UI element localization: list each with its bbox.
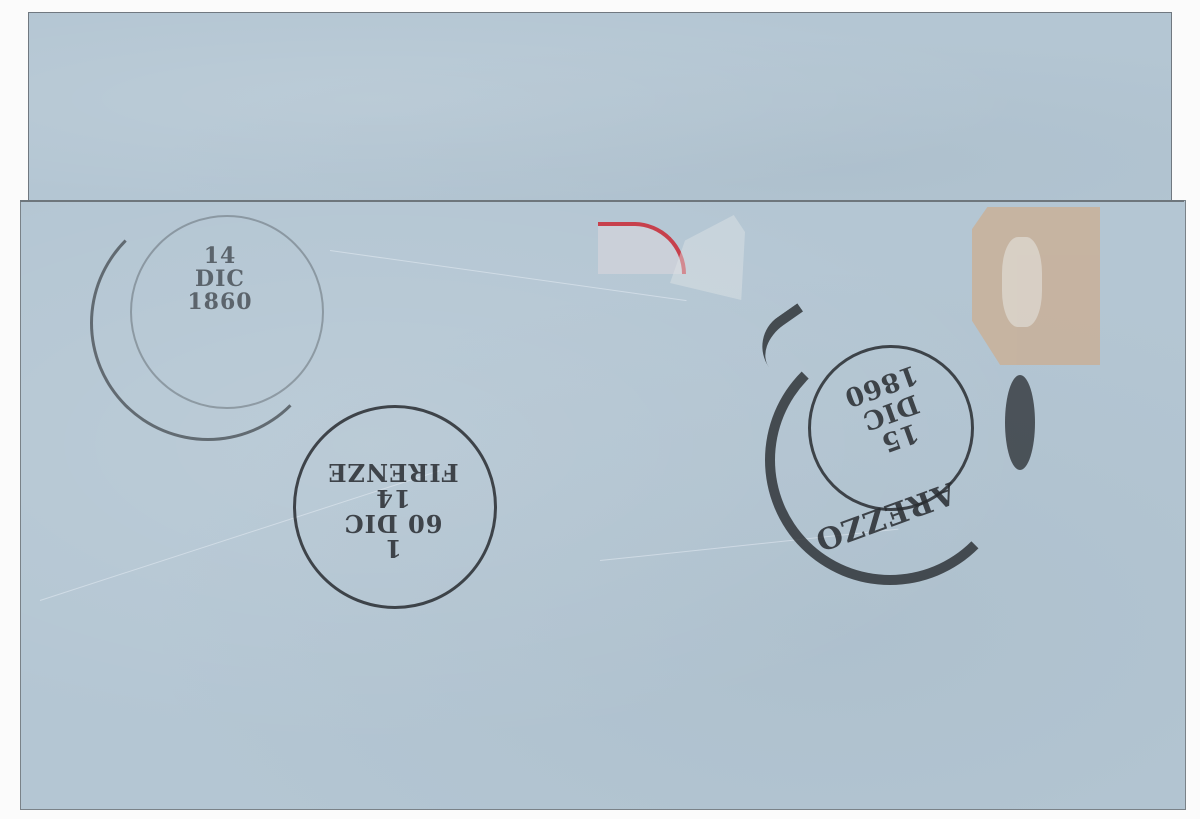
postmark-date: 14 DIC 1860 — [150, 245, 290, 314]
postmark-firenze: 1 60 DIC 14 FIRENZE — [293, 405, 498, 610]
postmark-arezzo: 15 DIC 1860 AREZZO — [760, 315, 1040, 575]
postmark-date: 1 60 DIC 14 FIRENZE — [293, 460, 493, 561]
postmark-ornament — [1005, 375, 1035, 470]
